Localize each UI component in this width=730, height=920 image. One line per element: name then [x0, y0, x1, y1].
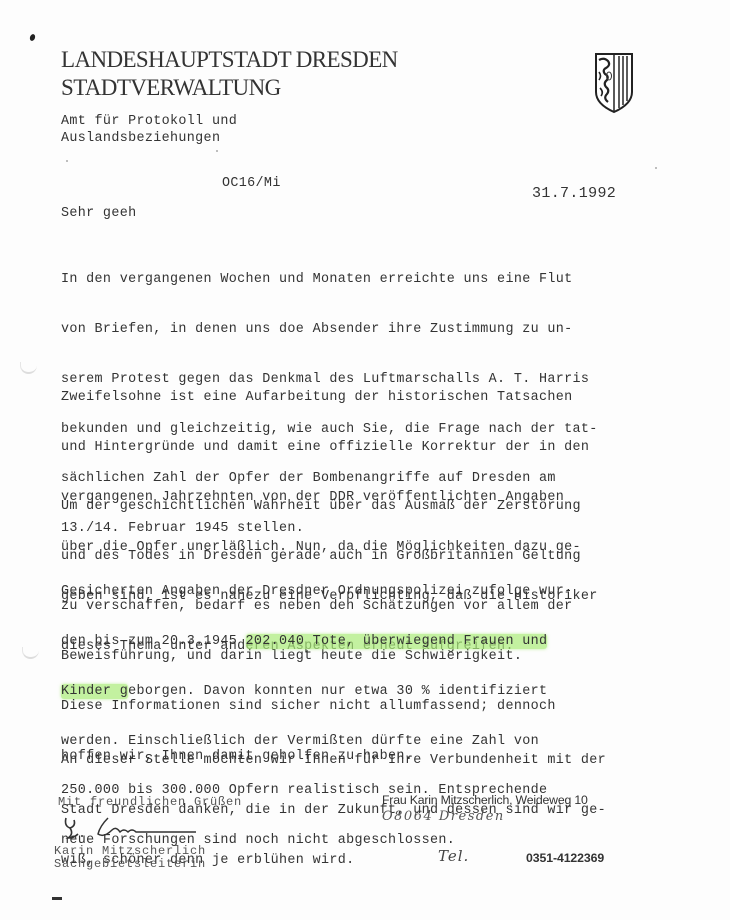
ink-dot — [29, 33, 36, 41]
paragraph-line: Diese Informationen sind sicher nicht al… — [61, 699, 721, 716]
paragraph-line: und Hintergründe und damit eine offiziel… — [61, 440, 721, 457]
paragraph-line: In den vergangenen Wochen und Monaten er… — [61, 272, 721, 289]
text-segment: den bis zum 20.3.1945 — [61, 634, 246, 649]
ink-speck — [66, 160, 68, 162]
letterhead-city: LANDESHAUPTSTADT DRESDEN — [61, 46, 398, 74]
office-line-2: Auslandsbeziehungen — [61, 130, 237, 147]
paragraph-line: den bis zum 20.3.1945 202.040 Tote, über… — [61, 634, 721, 651]
ink-speck — [216, 150, 218, 152]
dresden-coat-of-arms-icon — [594, 52, 634, 114]
tel-label-handwritten: Tel. — [438, 847, 469, 865]
punch-hole-mark — [22, 647, 39, 659]
office-name: Amt für Protokoll und Auslandsbeziehunge… — [61, 113, 237, 147]
paragraph-line: Zweifelsohne ist eine Aufarbeitung der h… — [61, 390, 721, 407]
signer-title: Sachgebietsleiterin — [54, 858, 206, 871]
letter-page: LANDESHAUPTSTADT DRESDEN STADTVERWALTUNG… — [0, 0, 730, 920]
closing-greeting: Mit freundlichen Grüßen — [58, 795, 242, 809]
signer-block: Karin Mitzscherlich Sachgebietsleiterin — [54, 845, 206, 871]
ink-speck — [655, 167, 657, 169]
tel-number: 0351-4122369 — [526, 851, 604, 865]
handwritten-signature — [60, 812, 200, 842]
sender-address: Frau Karin Mitzscherlich, Weideweg 10 — [382, 793, 588, 807]
paragraph-line: Um der geschichtlichen Wahrheit über das… — [61, 499, 721, 516]
highlighted-casualty-figure: 202.040 Tote, überwiegend Frauen und — [246, 634, 548, 649]
paragraph-line: von Briefen, in denen uns doe Absender i… — [61, 322, 721, 339]
paragraph-line: An dieser Stelle möchten wir Ihnen für I… — [61, 753, 721, 770]
letterhead-title: LANDESHAUPTSTADT DRESDEN STADTVERWALTUNG — [61, 46, 398, 102]
ink-mark — [52, 897, 62, 900]
salutation: Sehr geeh — [61, 206, 136, 221]
reference-code: OC16/Mi — [222, 176, 281, 191]
punch-hole-mark — [20, 362, 37, 374]
paragraph-line: Gesicherten Angaben der Dresdner Ordnung… — [61, 584, 721, 601]
letter-date: 31.7.1992 — [532, 185, 616, 202]
sender-city-handwritten: O8064 Dresden — [382, 809, 505, 824]
letterhead-administration: STADTVERWALTUNG — [61, 74, 398, 102]
office-line-1: Amt für Protokoll und — [61, 113, 237, 130]
